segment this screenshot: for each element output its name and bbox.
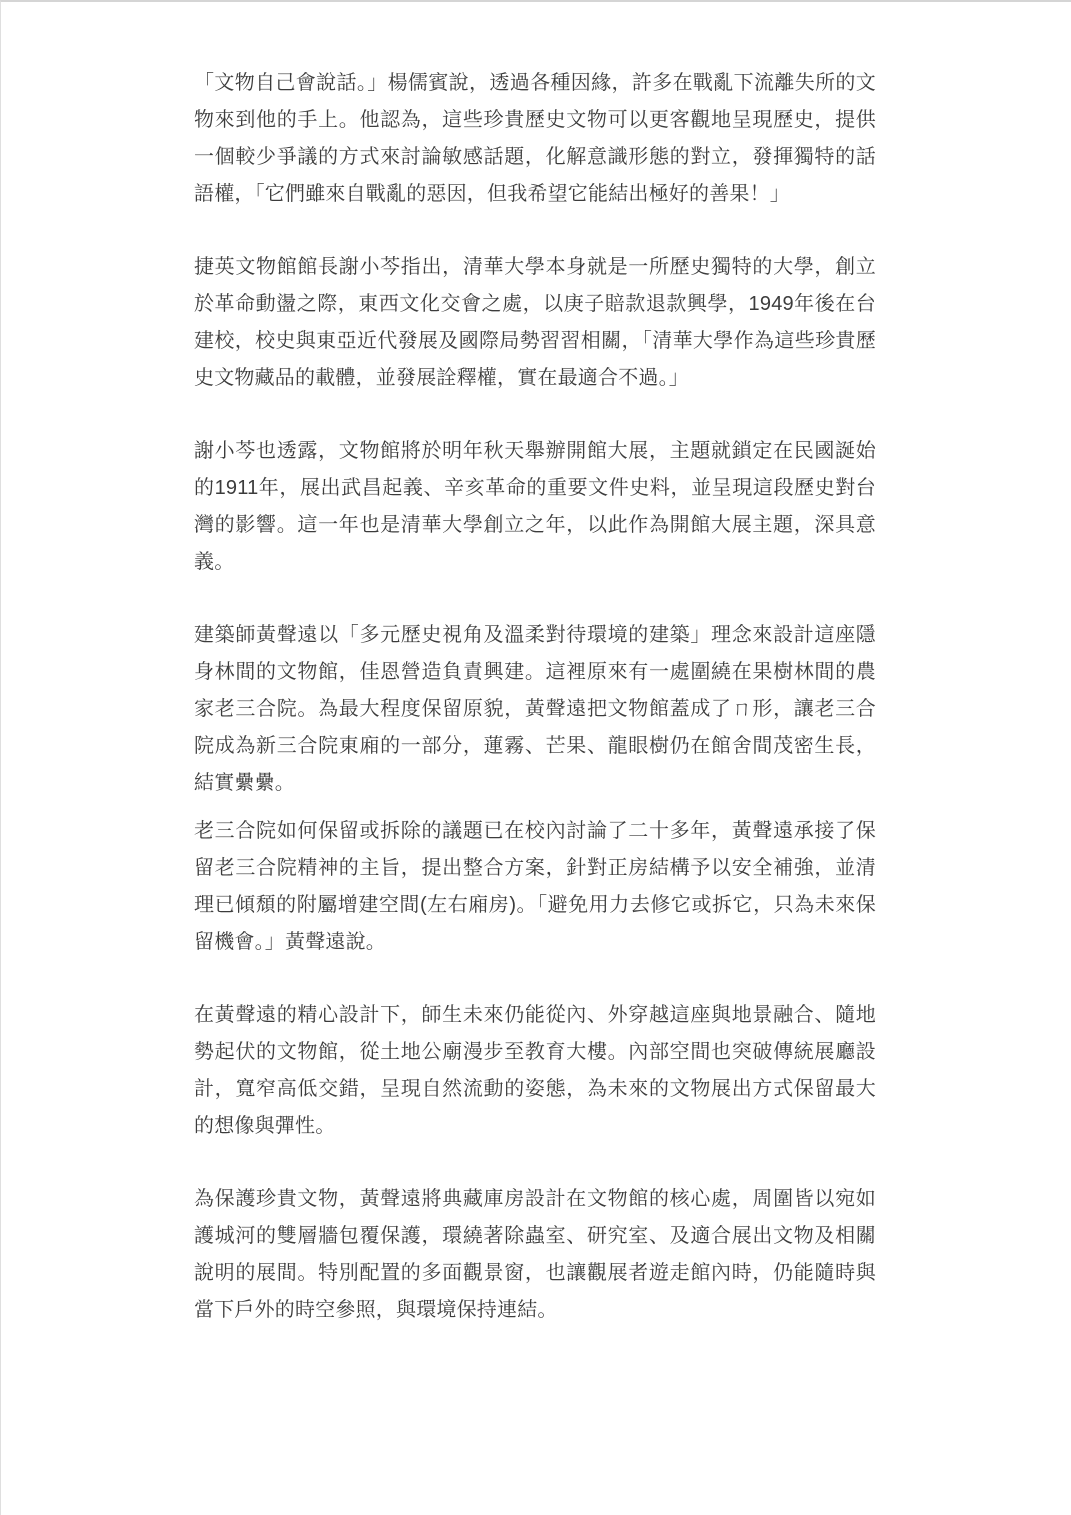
paragraph-2: 捷英文物館館長謝小芩指出，清華大學本身就是一所歷史獨特的大學，創立於革命動盪之際… — [194, 249, 876, 397]
paragraph-7: 為保護珍貴文物，黃聲遠將典藏庫房設計在文物館的核心處，周圍皆以宛如護城河的雙層牆… — [194, 1181, 876, 1329]
paragraph-5: 老三合院如何保留或拆除的議題已在校內討論了二十多年，黃聲遠承接了保留老三合院精神… — [194, 813, 876, 961]
paragraph-4: 建築師黃聲遠以「多元歷史視角及溫柔對待環境的建築」理念來設計這座隱身林間的文物館… — [194, 617, 876, 802]
article-body: 「文物自己會說話。」楊儒賓說，透過各種因緣，許多在戰亂下流離失所的文物來到他的手… — [1, 2, 1071, 1329]
paragraph-1: 「文物自己會說話。」楊儒賓說，透過各種因緣，許多在戰亂下流離失所的文物來到他的手… — [194, 65, 876, 213]
paragraph-6: 在黃聲遠的精心設計下，師生未來仍能從內、外穿越這座與地景融合、隨地勢起伏的文物館… — [194, 997, 876, 1145]
document-page: 「文物自己會說話。」楊儒賓說，透過各種因緣，許多在戰亂下流離失所的文物來到他的手… — [1, 2, 1071, 1515]
paragraph-3: 謝小芩也透露，文物館將於明年秋天舉辦開館大展，主題就鎖定在民國誕始的1911年，… — [194, 433, 876, 581]
